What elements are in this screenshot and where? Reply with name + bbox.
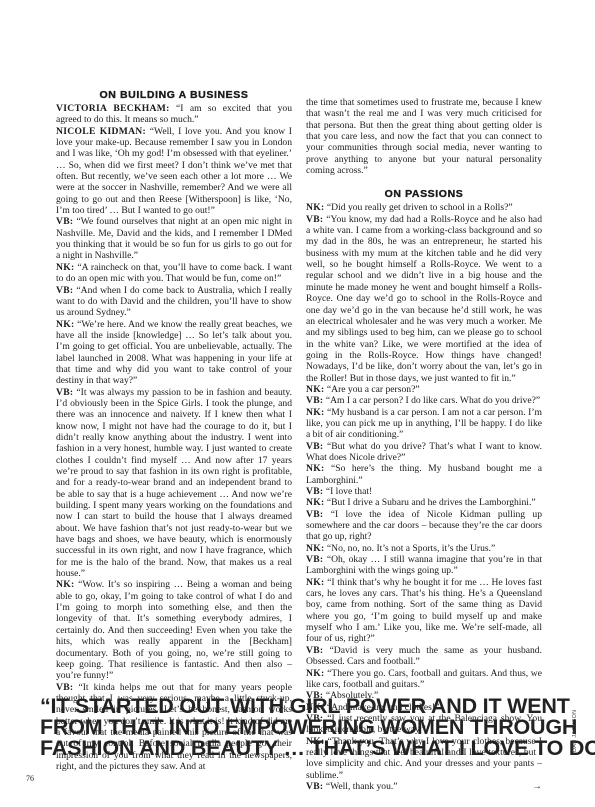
interview-paragraph: VB: “It was always my passion to be in f… — [56, 387, 292, 580]
paragraph-text: “I think that’s why he bought it for me … — [306, 577, 542, 645]
paragraph-text: “We found ourselves that night at an ope… — [56, 216, 292, 261]
interview-paragraph: VB: “But what do you drive? That’s what … — [306, 441, 542, 464]
paragraph-text: “My husband is a car person. I am not a … — [306, 407, 542, 441]
interview-paragraph: NK: “So here’s the thing. My husband bou… — [306, 463, 542, 486]
interview-paragraph: VB: “You know, my dad had a Rolls-Royce … — [306, 214, 542, 384]
paragraph-text: “You know, my dad had a Rolls-Royce and … — [306, 214, 542, 384]
interview-paragraph: NK: “We’re here. And we know the really … — [56, 319, 292, 387]
speaker-label: NK: — [306, 407, 325, 418]
interview-paragraph: NK: “My husband is a car person. I am no… — [306, 407, 542, 441]
paragraph-text: “We’re here. And we know the really grea… — [56, 319, 292, 387]
speaker-label: NICOLE KIDMAN: — [56, 126, 146, 137]
speaker-label: VB: — [56, 387, 73, 398]
paragraph-text: “There you go. Cars, football and guitar… — [306, 668, 542, 690]
interview-paragraph: NK: “Are you a car person?” — [306, 384, 542, 395]
paragraph-text: “Did you really get driven to school in … — [325, 202, 513, 213]
speaker-label: NK: — [56, 319, 75, 330]
paragraph-text: “It was always my passion to be in fashi… — [56, 387, 292, 580]
speaker-label: NK: — [306, 668, 325, 679]
pull-quote-line: “IT STARTED OUT WITH GIRL POWER AND IT W… — [40, 696, 520, 717]
interview-paragraph: NK: “Wow. It’s so inspiring … Being a wo… — [56, 579, 292, 681]
interview-paragraph: NICOLE KIDMAN: “Well, I love you. And yo… — [56, 126, 292, 217]
paragraph-text: “Are you a car person?” — [325, 384, 420, 395]
speaker-label: NK: — [306, 202, 325, 213]
speaker-label: VB: — [306, 781, 323, 792]
paragraph-text: “I love the idea of Nicole Kidman pullin… — [306, 509, 542, 543]
paragraph-text: “A raincheck on that, you’ll have to com… — [56, 262, 292, 284]
paragraph-text: “I love that! — [323, 486, 372, 497]
speaker-label: VICTORIA BECKHAM: — [56, 103, 170, 114]
interview-paragraph: VB: “And when I do come back to Australi… — [56, 285, 292, 319]
interview-paragraph: VB: “I love that! — [306, 486, 542, 497]
interview-paragraph: VB: “David is very much the same as your… — [306, 645, 542, 668]
section-heading-passions: ON PASSIONS — [306, 188, 542, 201]
speaker-label: NK: — [306, 463, 325, 474]
continuation-paragraph: the time that sometimes used to frustrat… — [306, 97, 542, 176]
interview-paragraph: VICTORIA BECKHAM: “I am so excited that … — [56, 103, 292, 126]
section-heading-building-business: ON BUILDING A BUSINESS — [56, 89, 292, 102]
interview-paragraph: NK: “There you go. Cars, football and gu… — [306, 668, 542, 691]
right-column: the time that sometimes used to frustrat… — [306, 97, 542, 792]
pull-quote: “IT STARTED OUT WITH GIRL POWER AND IT W… — [40, 696, 520, 759]
continue-arrow-icon: → — [532, 781, 542, 792]
paragraph-text: “No, no, no. It’s not a Sports, it’s the… — [325, 543, 496, 554]
speaker-label: VB: — [56, 285, 73, 296]
paragraph-text: “David is very much the same as your hus… — [306, 645, 542, 667]
speaker-label: NK: — [306, 384, 325, 395]
paragraph-text: “Well, thank you.” — [323, 781, 397, 792]
speaker-label: VB: — [56, 216, 73, 227]
speaker-label: VB: — [306, 441, 323, 452]
speaker-label: VB: — [306, 395, 323, 406]
speaker-label: VB: — [306, 486, 323, 497]
left-column: ON BUILDING A BUSINESS VICTORIA BECKHAM:… — [56, 89, 292, 772]
speaker-label: VB: — [306, 645, 323, 656]
speaker-label: NK: — [56, 262, 75, 273]
interview-paragraph: NK: “No, no, no. It’s not a Sports, it’s… — [306, 543, 542, 554]
paragraph-text: “Oh, okay … I still wanna imagine that y… — [306, 554, 542, 576]
page-number: 76 — [26, 774, 34, 783]
pull-quote-line: FASHION AND BEAUTY … THAT’S WHAT I LOVE … — [40, 738, 520, 759]
interview-paragraph: VB: “Oh, okay … I still wanna imagine th… — [306, 554, 542, 577]
interview-paragraph: NK: “Did you really get driven to school… — [306, 202, 542, 213]
pull-quote-line: FROM THAT INTO EMPOWERING WOMEN THROUGH — [40, 717, 520, 738]
speaker-label: VB: — [56, 682, 73, 693]
interview-paragraph: VB: “Am I a car person? I do like cars. … — [306, 395, 542, 406]
paragraph-text: “But I drive a Subaru and he drives the … — [325, 497, 536, 508]
interview-paragraph: VB: “We found ourselves that night at an… — [56, 216, 292, 261]
photo-credit: DAN JACKSON — [572, 710, 578, 752]
interview-paragraph: VB: “Well, thank you.”→ — [306, 781, 542, 792]
paragraph-text: “Am I a car person? I do like cars. What… — [323, 395, 540, 406]
paragraph-text: “Wow. It’s so inspiring … Being a woman … — [56, 579, 292, 681]
speaker-label: NK: — [306, 577, 325, 588]
paragraph-text: “So here’s the thing. My husband bought … — [306, 463, 542, 485]
paragraph-text: “And when I do come back to Australia, w… — [56, 285, 292, 319]
paragraph-text: “But what do you drive? That’s what I wa… — [306, 441, 542, 463]
speaker-label: VB: — [306, 554, 323, 565]
speaker-label: VB: — [306, 509, 323, 520]
interview-paragraph: NK: “I think that’s why he bought it for… — [306, 577, 542, 645]
interview-paragraph: NK: “A raincheck on that, you’ll have to… — [56, 262, 292, 285]
paragraph-text: “Well, I love you. And you know I love y… — [56, 126, 292, 216]
speaker-label: NK: — [306, 543, 325, 554]
speaker-label: NK: — [56, 579, 75, 590]
interview-paragraph: NK: “But I drive a Subaru and he drives … — [306, 497, 542, 508]
interview-paragraph: VB: “I love the idea of Nicole Kidman pu… — [306, 509, 542, 543]
speaker-label: VB: — [306, 214, 323, 225]
speaker-label: NK: — [306, 497, 325, 508]
